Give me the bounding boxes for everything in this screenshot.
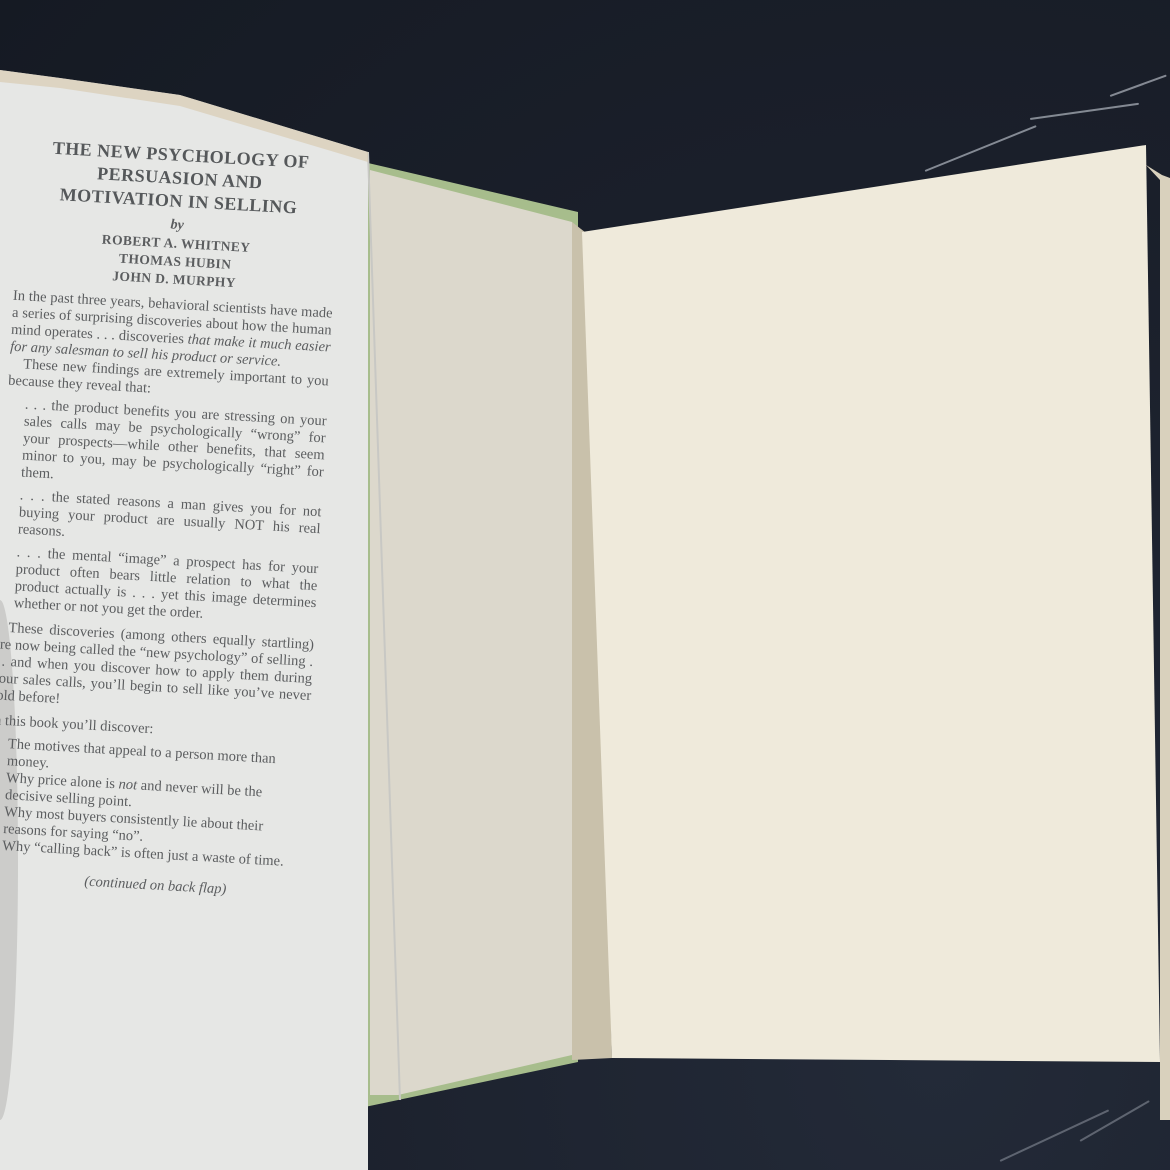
list-item-italic: not (118, 776, 137, 793)
flap-text-block: THE NEW PSYCHOLOGY OF PERSUASION AND MOT… (0, 135, 342, 903)
discover-list: •The motives that appeal to a person mor… (0, 735, 308, 872)
reveal-item: . . . the stated reasons a man gives you… (17, 487, 321, 555)
right-page-blank (582, 145, 1160, 1062)
discoveries-paragraph: These discoveries (among others equally … (0, 619, 314, 722)
reveal-item: . . . the product benefits you are stres… (21, 397, 327, 499)
endpaper (370, 170, 572, 1095)
reveal-item: . . . the mental “image” a prospect has … (13, 544, 318, 629)
